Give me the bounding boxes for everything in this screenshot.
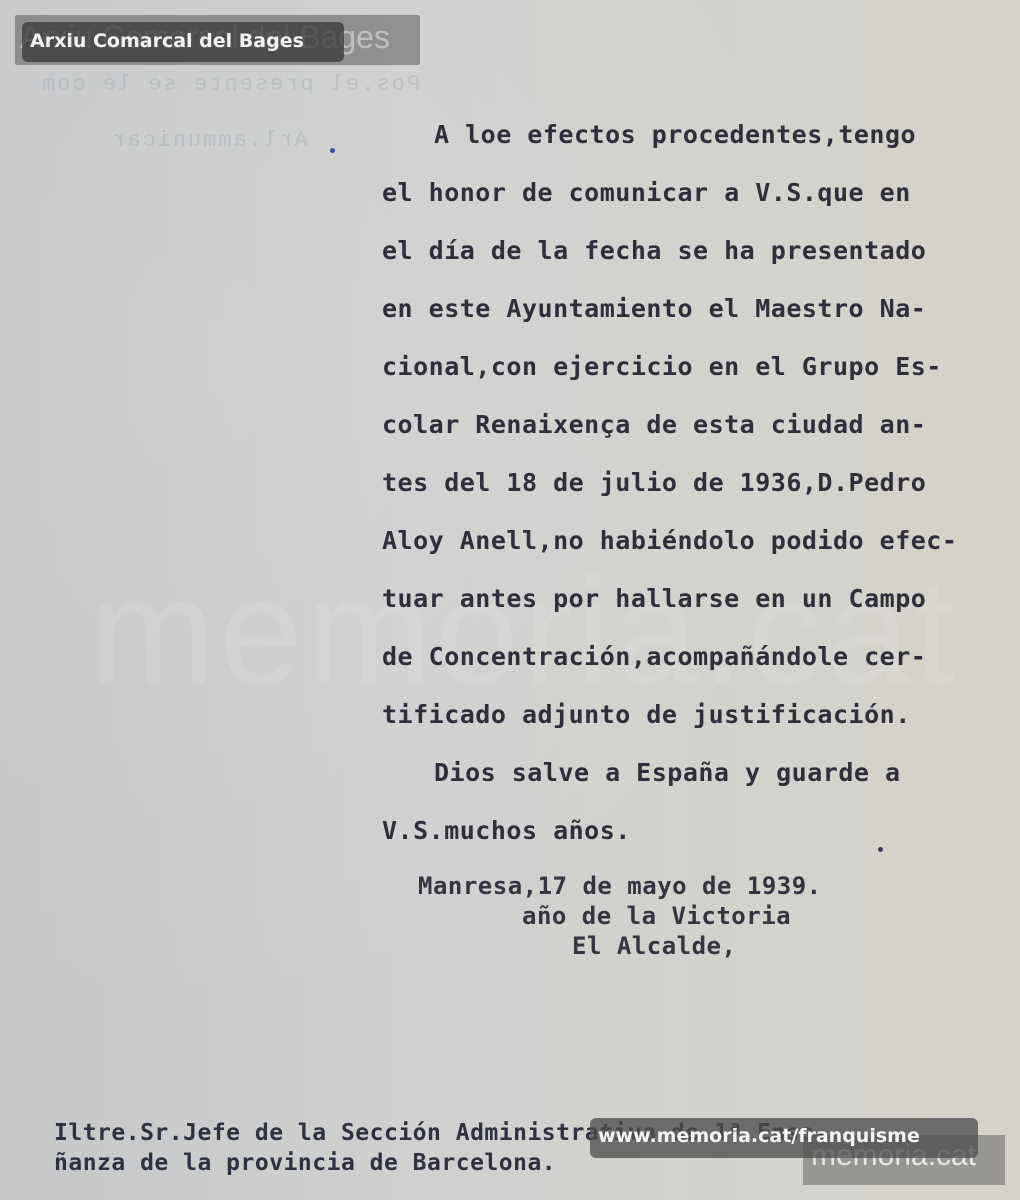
signatory: El Alcalde,: [572, 932, 736, 960]
body-line: tificado adjunto de justificación.: [382, 692, 1002, 750]
ink-speck: [330, 148, 335, 153]
salutation-line: Dios salve a España y guarde a: [382, 750, 1002, 808]
body-line: cional,con ejercicio en el Grupo Es-: [382, 344, 1002, 402]
url-watermark: www.memoria.cat/franquisme: [590, 1118, 978, 1158]
place-date: Manresa,17 de mayo de 1939.: [418, 872, 822, 900]
bleed-through-line: Pos.el presente se le com: [40, 72, 420, 97]
body-line: el honor de comunicar a V.S.que en: [382, 170, 1002, 228]
bleed-through-line: Arl.ammunicar: [110, 128, 308, 153]
url-watermark-label: www.memoria.cat/franquisme: [598, 1125, 920, 1147]
ink-speck: [878, 847, 883, 852]
archive-watermark: Arxiu Comarcal del Bages: [22, 22, 344, 62]
body-line: A loe efectos procedentes,tengo: [382, 112, 1002, 170]
year-note: año de la Victoria: [522, 902, 791, 930]
body-line: tuar antes por hallarse en un Campo: [382, 576, 1002, 634]
archive-watermark-label: Arxiu Comarcal del Bages: [30, 30, 304, 52]
salutation-line: V.S.muchos años.: [382, 808, 1002, 866]
body-line: de Concentración,acompañándole cer-: [382, 634, 1002, 692]
body-line: tes del 18 de julio de 1936,D.Pedro: [382, 460, 1002, 518]
body-line: Aloy Anell,no habiéndolo podido efec-: [382, 518, 1002, 576]
body-line: colar Renaixença de esta ciudad an-: [382, 402, 1002, 460]
body-line: en este Ayuntamiento el Maestro Na-: [382, 286, 1002, 344]
body-line: el día de la fecha se ha presentado: [382, 228, 1002, 286]
letter-body: A loe efectos procedentes,tengo el honor…: [382, 112, 1002, 866]
